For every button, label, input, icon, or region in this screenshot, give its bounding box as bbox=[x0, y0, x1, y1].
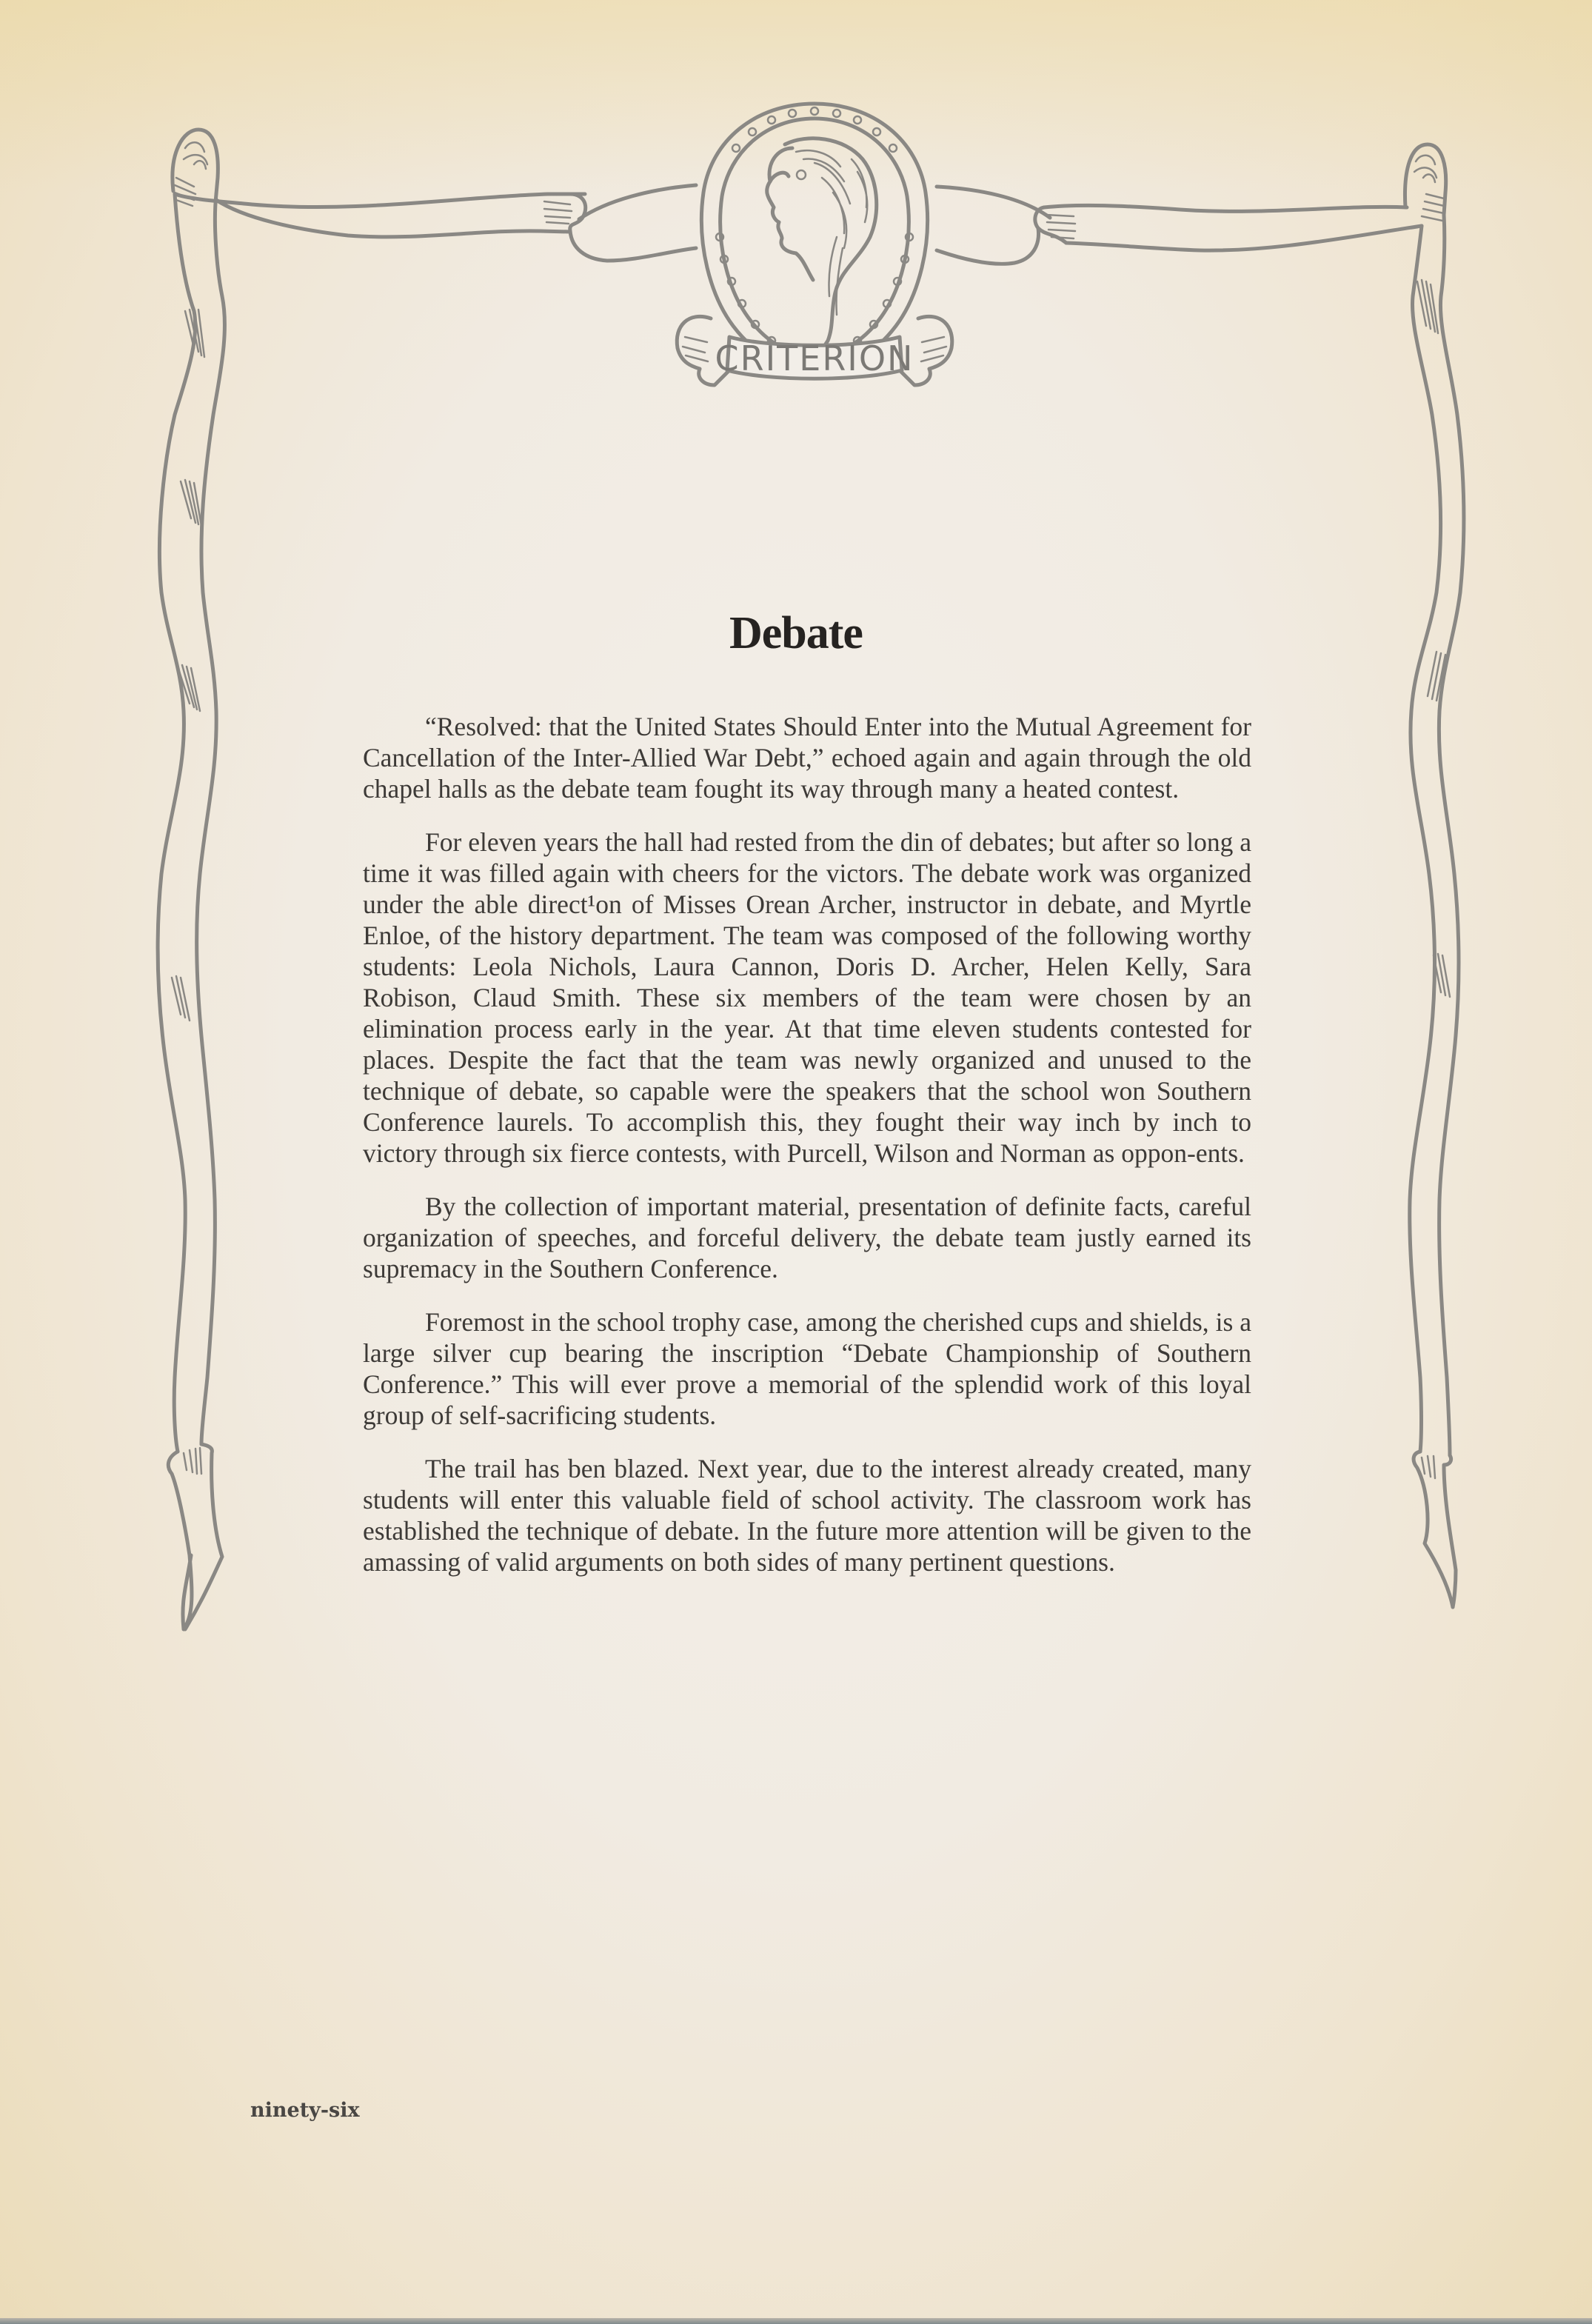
paragraph-future: The trail has ben blazed. Next year, due… bbox=[363, 1453, 1251, 1577]
page-number: ninety-six bbox=[250, 2099, 360, 2122]
page-title: Debate bbox=[0, 607, 1592, 660]
crest-banner-text: CRITERION bbox=[715, 338, 914, 378]
rolled-scroll-end-right-icon bbox=[1405, 144, 1445, 221]
paragraph-team-history: For eleven years the hall had rested fro… bbox=[363, 827, 1251, 1169]
paragraph-trophy: Foremost in the school trophy case, amon… bbox=[363, 1306, 1251, 1431]
cameo-portrait-icon bbox=[701, 104, 927, 370]
criterion-banner-icon: CRITERION bbox=[677, 316, 952, 385]
paragraph-supremacy: By the collection of important material,… bbox=[363, 1191, 1251, 1284]
article-body: “Resolved: that the United States Should… bbox=[363, 711, 1251, 1600]
paragraph-resolution: “Resolved: that the United States Should… bbox=[363, 711, 1251, 804]
page-edge bbox=[0, 2318, 1592, 2324]
